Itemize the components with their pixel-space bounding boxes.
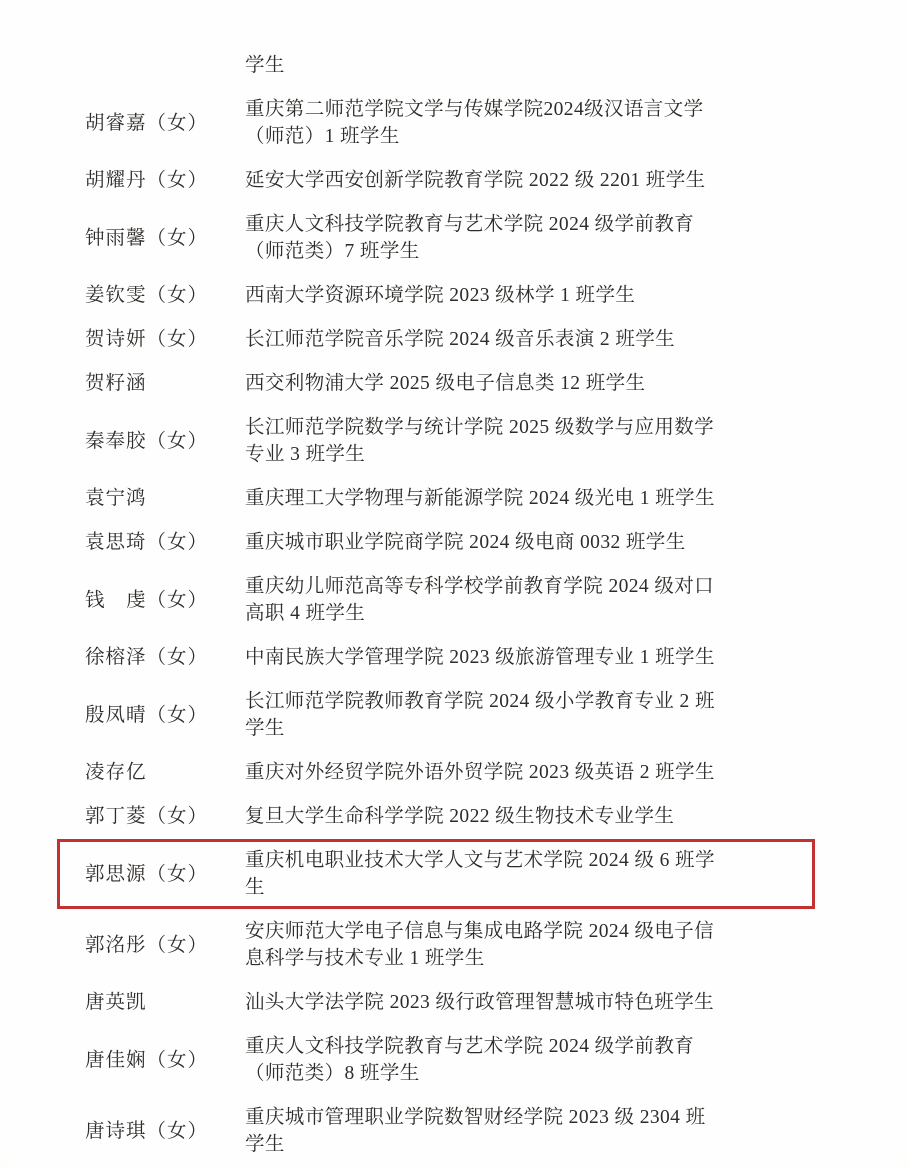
desc-line: （师范类）7 班学生 [245, 238, 813, 265]
student-row: 姜钦雯（女） 西南大学资源环境学院 2023 级林学 1 班学生 [85, 282, 813, 309]
desc-line: 息科学与技术专业 1 班学生 [245, 945, 813, 972]
student-name: 姜钦雯（女） [85, 282, 245, 309]
desc-line: 延安大学西安创新学院教育学院 2022 级 2201 班学生 [245, 167, 813, 194]
student-desc: 延安大学西安创新学院教育学院 2022 级 2201 班学生 [245, 167, 813, 194]
student-name: 贺诗妍（女） [85, 326, 245, 353]
desc-line: 重庆人文科技学院教育与艺术学院 2024 级学前教育 [245, 1033, 813, 1060]
student-name: 秦奉胶（女） [85, 428, 245, 455]
student-name: 徐榕泽（女） [85, 644, 245, 671]
student-roster: 学生 胡睿嘉（女） 重庆第二师范学院文学与传媒学院2024级汉语言文学 （师范）… [85, 52, 813, 1158]
student-name: 郭丁菱（女） [85, 803, 245, 830]
student-name: 胡耀丹（女） [85, 167, 245, 194]
student-name: 袁宁鸿 [85, 485, 245, 512]
student-row: 贺籽涵 西交利物浦大学 2025 级电子信息类 12 班学生 [85, 370, 813, 397]
desc-line: 汕头大学法学院 2023 级行政管理智慧城市特色班学生 [245, 989, 813, 1016]
student-desc: 重庆第二师范学院文学与传媒学院2024级汉语言文学 （师范）1 班学生 [245, 96, 813, 150]
student-desc: 重庆城市管理职业学院数智财经学院 2023 级 2304 班 学生 [245, 1104, 813, 1158]
desc-line: （师范）1 班学生 [245, 123, 813, 150]
student-desc: 重庆城市职业学院商学院 2024 级电商 0032 班学生 [245, 529, 813, 556]
document-page: 学生 胡睿嘉（女） 重庆第二师范学院文学与传媒学院2024级汉语言文学 （师范）… [0, 0, 908, 1168]
desc-line: 重庆城市管理职业学院数智财经学院 2023 级 2304 班 [245, 1104, 813, 1131]
desc-line: 生 [245, 874, 813, 901]
student-desc: 长江师范学院数学与统计学院 2025 级数学与应用数学 专业 3 班学生 [245, 414, 813, 468]
continuation-row: 学生 [85, 52, 813, 79]
desc-line: 学生 [245, 52, 813, 79]
student-desc: 重庆人文科技学院教育与艺术学院 2024 级学前教育 （师范类）7 班学生 [245, 211, 813, 265]
desc-line: （师范类）8 班学生 [245, 1060, 813, 1087]
student-row: 殷凤晴（女） 长江师范学院教师教育学院 2024 级小学教育专业 2 班 学生 [85, 688, 813, 742]
desc-line: 长江师范学院教师教育学院 2024 级小学教育专业 2 班 [245, 688, 813, 715]
student-row-highlighted: 郭思源（女） 重庆机电职业技术大学人文与艺术学院 2024 级 6 班学 生 [85, 847, 813, 901]
desc-line: 复旦大学生命科学学院 2022 级生物技术专业学生 [245, 803, 813, 830]
student-desc: 重庆幼儿师范高等专科学校学前教育学院 2024 级对口 高职 4 班学生 [245, 573, 813, 627]
student-name: 唐佳娴（女） [85, 1047, 245, 1074]
student-row: 郭丁菱（女） 复旦大学生命科学学院 2022 级生物技术专业学生 [85, 803, 813, 830]
desc-line: 重庆理工大学物理与新能源学院 2024 级光电 1 班学生 [245, 485, 813, 512]
student-desc: 安庆师范大学电子信息与集成电路学院 2024 级电子信 息科学与技术专业 1 班… [245, 918, 813, 972]
student-desc: 汕头大学法学院 2023 级行政管理智慧城市特色班学生 [245, 989, 813, 1016]
student-desc: 西南大学资源环境学院 2023 级林学 1 班学生 [245, 282, 813, 309]
desc-line: 学生 [245, 1131, 813, 1158]
student-desc: 复旦大学生命科学学院 2022 级生物技术专业学生 [245, 803, 813, 830]
student-row: 秦奉胶（女） 长江师范学院数学与统计学院 2025 级数学与应用数学 专业 3 … [85, 414, 813, 468]
student-desc: 重庆理工大学物理与新能源学院 2024 级光电 1 班学生 [245, 485, 813, 512]
student-row: 徐榕泽（女） 中南民族大学管理学院 2023 级旅游管理专业 1 班学生 [85, 644, 813, 671]
desc-line: 学生 [245, 715, 813, 742]
student-name: 郭思源（女） [85, 861, 245, 888]
desc-line: 西南大学资源环境学院 2023 级林学 1 班学生 [245, 282, 813, 309]
student-row: 唐英凯 汕头大学法学院 2023 级行政管理智慧城市特色班学生 [85, 989, 813, 1016]
student-name: 郭洺彤（女） [85, 932, 245, 959]
desc-line: 重庆幼儿师范高等专科学校学前教育学院 2024 级对口 [245, 573, 813, 600]
student-desc: 长江师范学院音乐学院 2024 级音乐表演 2 班学生 [245, 326, 813, 353]
desc-line: 重庆第二师范学院文学与传媒学院2024级汉语言文学 [245, 96, 813, 123]
student-row: 袁思琦（女） 重庆城市职业学院商学院 2024 级电商 0032 班学生 [85, 529, 813, 556]
desc-line: 中南民族大学管理学院 2023 级旅游管理专业 1 班学生 [245, 644, 813, 671]
desc-line: 重庆对外经贸学院外语外贸学院 2023 级英语 2 班学生 [245, 759, 813, 786]
student-row: 胡睿嘉（女） 重庆第二师范学院文学与传媒学院2024级汉语言文学 （师范）1 班… [85, 96, 813, 150]
student-name: 胡睿嘉（女） [85, 110, 245, 137]
student-name: 凌存亿 [85, 759, 245, 786]
student-name: 殷凤晴（女） [85, 702, 245, 729]
student-desc: 重庆对外经贸学院外语外贸学院 2023 级英语 2 班学生 [245, 759, 813, 786]
student-desc: 西交利物浦大学 2025 级电子信息类 12 班学生 [245, 370, 813, 397]
desc-line: 长江师范学院数学与统计学院 2025 级数学与应用数学 [245, 414, 813, 441]
student-name: 钱 虔（女） [85, 587, 245, 614]
student-row: 唐诗琪（女） 重庆城市管理职业学院数智财经学院 2023 级 2304 班 学生 [85, 1104, 813, 1158]
student-desc: 长江师范学院教师教育学院 2024 级小学教育专业 2 班 学生 [245, 688, 813, 742]
desc-line: 高职 4 班学生 [245, 600, 813, 627]
desc-line: 长江师范学院音乐学院 2024 级音乐表演 2 班学生 [245, 326, 813, 353]
student-desc: 中南民族大学管理学院 2023 级旅游管理专业 1 班学生 [245, 644, 813, 671]
student-desc: 学生 [245, 52, 813, 79]
student-row: 郭洺彤（女） 安庆师范大学电子信息与集成电路学院 2024 级电子信 息科学与技… [85, 918, 813, 972]
student-row: 袁宁鸿 重庆理工大学物理与新能源学院 2024 级光电 1 班学生 [85, 485, 813, 512]
student-name: 唐英凯 [85, 989, 245, 1016]
student-name: 贺籽涵 [85, 370, 245, 397]
student-name: 钟雨馨（女） [85, 225, 245, 252]
student-desc: 重庆机电职业技术大学人文与艺术学院 2024 级 6 班学 生 [245, 847, 813, 901]
desc-line: 西交利物浦大学 2025 级电子信息类 12 班学生 [245, 370, 813, 397]
desc-line: 重庆城市职业学院商学院 2024 级电商 0032 班学生 [245, 529, 813, 556]
desc-line: 重庆人文科技学院教育与艺术学院 2024 级学前教育 [245, 211, 813, 238]
student-name: 唐诗琪（女） [85, 1118, 245, 1145]
desc-line: 重庆机电职业技术大学人文与艺术学院 2024 级 6 班学 [245, 847, 813, 874]
desc-line: 安庆师范大学电子信息与集成电路学院 2024 级电子信 [245, 918, 813, 945]
student-desc: 重庆人文科技学院教育与艺术学院 2024 级学前教育 （师范类）8 班学生 [245, 1033, 813, 1087]
student-row: 胡耀丹（女） 延安大学西安创新学院教育学院 2022 级 2201 班学生 [85, 167, 813, 194]
student-name: 袁思琦（女） [85, 529, 245, 556]
student-row: 钱 虔（女） 重庆幼儿师范高等专科学校学前教育学院 2024 级对口 高职 4 … [85, 573, 813, 627]
student-row: 贺诗妍（女） 长江师范学院音乐学院 2024 级音乐表演 2 班学生 [85, 326, 813, 353]
student-row: 钟雨馨（女） 重庆人文科技学院教育与艺术学院 2024 级学前教育 （师范类）7… [85, 211, 813, 265]
student-row: 唐佳娴（女） 重庆人文科技学院教育与艺术学院 2024 级学前教育 （师范类）8… [85, 1033, 813, 1087]
desc-line: 专业 3 班学生 [245, 441, 813, 468]
student-row: 凌存亿 重庆对外经贸学院外语外贸学院 2023 级英语 2 班学生 [85, 759, 813, 786]
